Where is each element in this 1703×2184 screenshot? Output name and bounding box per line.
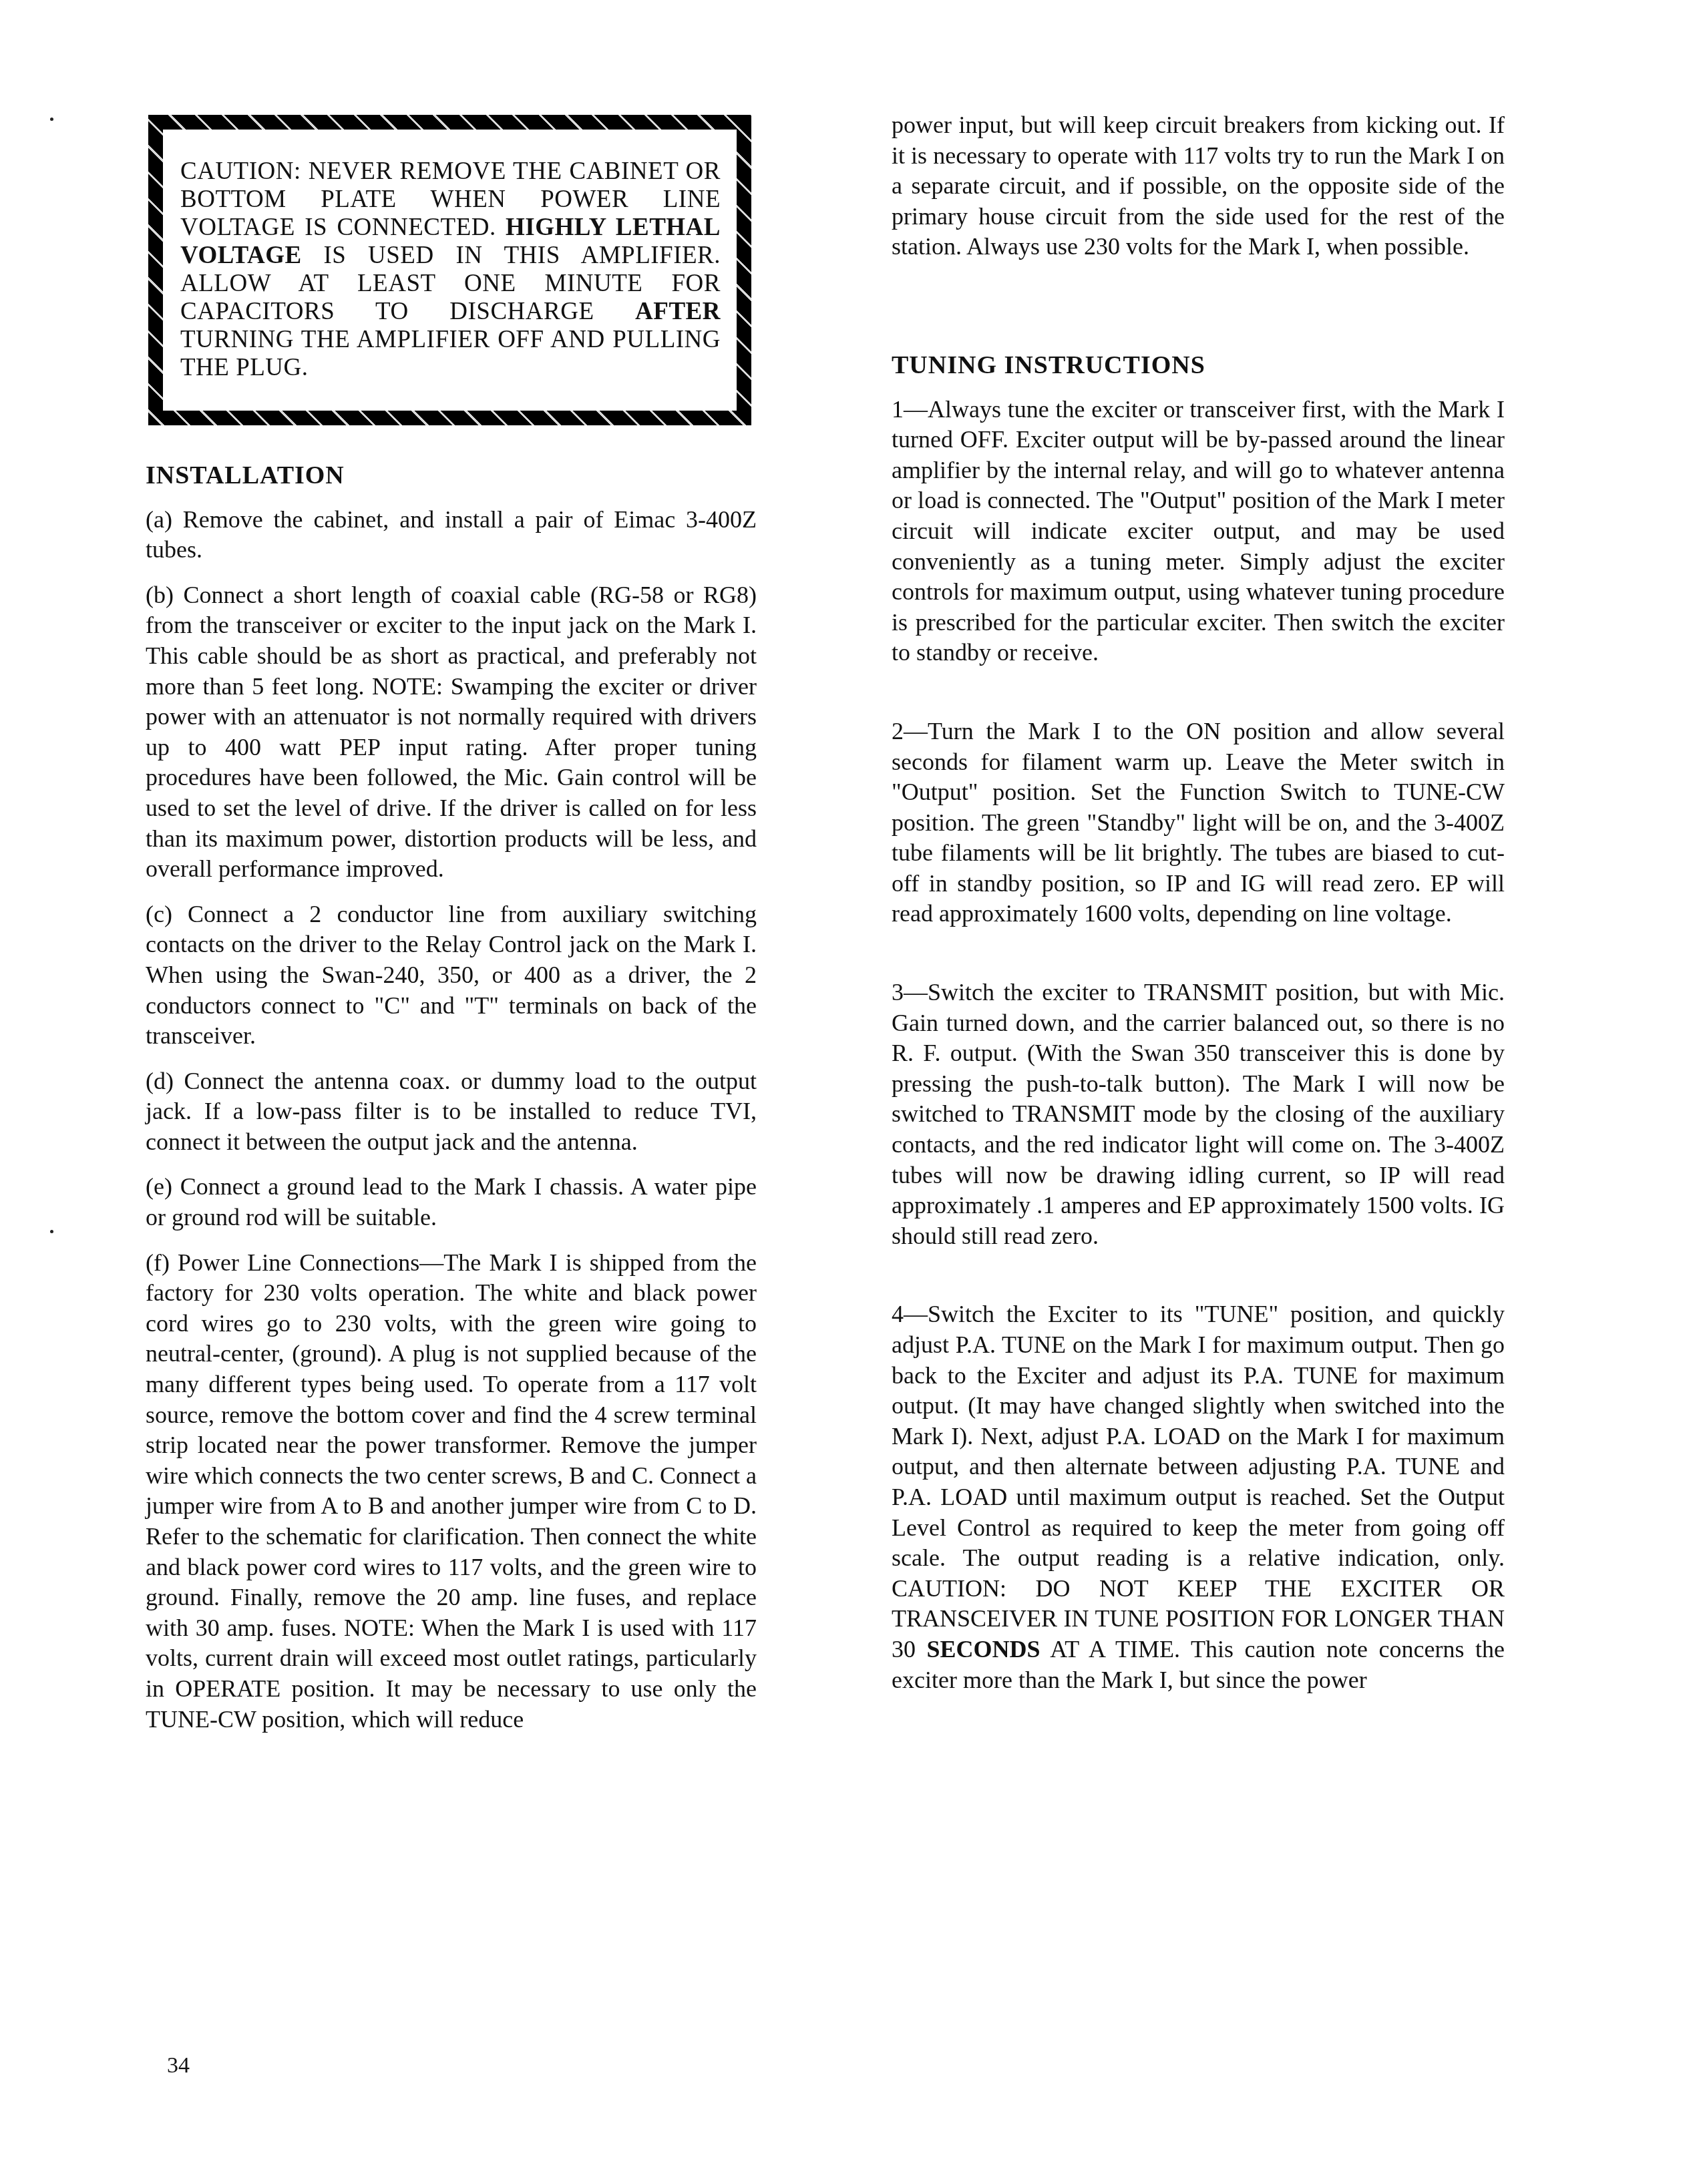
installation-step-f: (f) Power Line Connections—The Mark I is… [146,1248,757,1735]
caution-emphasis: AFTER [635,298,721,325]
spacer [892,277,1505,351]
spacer [892,1266,1505,1299]
left-column: INSTALLATION (a) Remove the cabinet, and… [146,461,757,1749]
spacer [892,683,1505,716]
scan-speck [50,118,53,121]
scan-speck [50,1230,53,1233]
tuning-step-3: 3—Switch the exciter to TRANSMIT positio… [892,977,1505,1251]
tuning-heading: TUNING INSTRUCTIONS [892,351,1505,381]
spacer [892,944,1505,977]
caution-text: CAUTION: NEVER REMOVE THE CABINET OR BOT… [180,158,721,382]
caution-box: CAUTION: NEVER REMOVE THE CABINET OR BOT… [148,115,751,425]
caution-text-part: TURNING THE AMPLIFIER OFF AND PULLING TH… [180,326,721,381]
installation-step-d: (d) Connect the antenna coax. or dummy l… [146,1066,757,1158]
page-number: 34 [167,2053,190,2079]
installation-step-b: (b) Connect a short length of coaxial ca… [146,580,757,885]
tuning-step-4: 4—Switch the Exciter to its "TUNE" posit… [892,1299,1505,1695]
tuning-step-4-text: 4—Switch the Exciter to its "TUNE" posit… [892,1301,1505,1663]
installation-step-c: (c) Connect a 2 conductor line from auxi… [146,899,757,1052]
right-column: power input, but will keep circuit break… [892,110,1505,1710]
installation-step-a: (a) Remove the cabinet, and install a pa… [146,505,757,566]
tuning-step-2: 2—Turn the Mark I to the ON position and… [892,716,1505,929]
tuning-step-4-emphasis: SECONDS [927,1636,1040,1663]
installation-step-e: (e) Connect a ground lead to the Mark I … [146,1172,757,1233]
installation-heading: INSTALLATION [146,461,757,491]
installation-continuation: power input, but will keep circuit break… [892,110,1505,262]
tuning-step-1: 1—Always tune the exciter or transceiver… [892,395,1505,668]
